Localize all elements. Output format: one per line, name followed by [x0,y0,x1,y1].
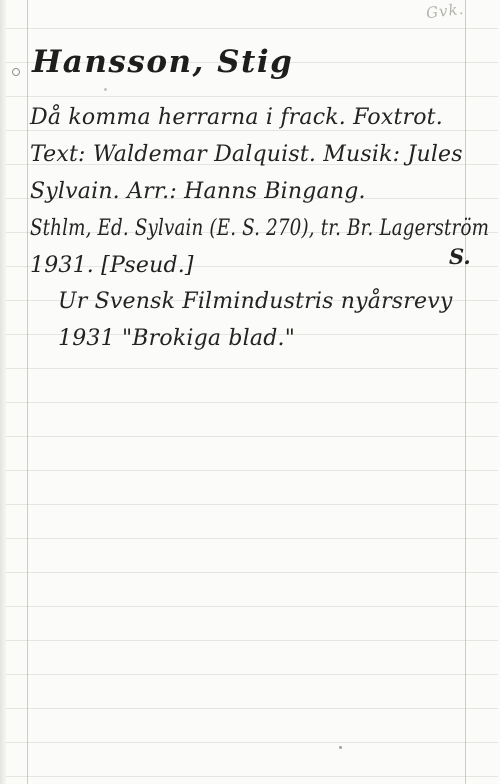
entry-line: Text: Waldemar Dalquist. Musik: Jules [30,136,464,173]
left-margin-line [27,0,28,784]
margin-circle-mark [12,68,20,76]
entry-body: Då komma herrarna i frack. Foxtrot. Text… [30,99,464,284]
paper-speck [104,88,107,91]
catalog-card-scan: Gvk. Hansson, Stig Då komma herrarna i f… [0,0,500,784]
format-code: S. [449,244,471,269]
entry-line: 1931. [Pseud.] [30,247,464,284]
paper-speck [339,746,342,749]
right-margin-line [465,0,466,784]
entry-heading-name: Hansson, Stig [32,44,293,80]
entry-line: Då komma herrarna i frack. Foxtrot. [30,99,464,136]
entry-line: Sylvain. Arr.: Hanns Bingang. [30,173,464,210]
entry-note: Ur Svensk Filmindustris nyårsrevy 1931 "… [58,283,468,357]
note-line: Ur Svensk Filmindustris nyårsrevy [58,283,468,320]
corner-pencil-annotation: Gvk. [425,0,465,22]
entry-line: Sthlm, Ed. Sylvain (E. S. 270), tr. Br. … [30,210,390,247]
note-line: 1931 "Brokiga blad." [58,320,468,357]
